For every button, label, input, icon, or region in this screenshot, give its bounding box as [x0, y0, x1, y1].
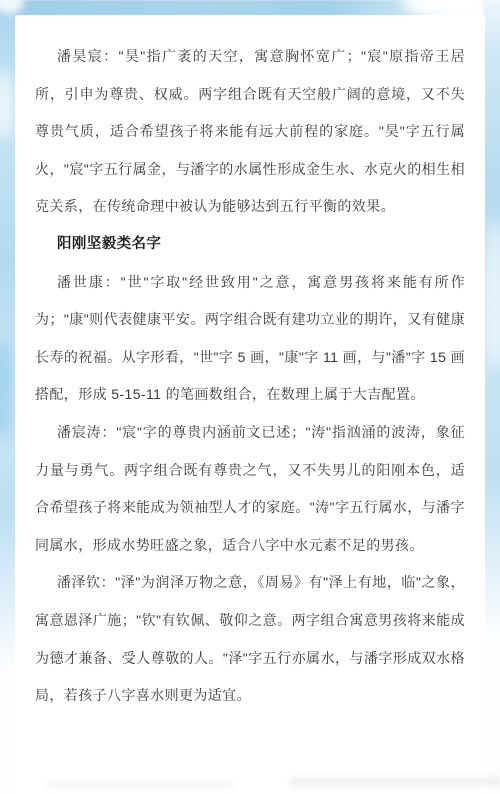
paragraph-pan-shikang: 潘世康："世"字取"经世致用"之意，寓意男孩将来能有所作为；"康"则代表健康平安…	[35, 264, 465, 414]
page-background: 潘昊宸："昊"指广袤的天空，寓意胸怀宽广；"宸"原指帝王居所，引申为尊贵、权威。…	[0, 0, 500, 794]
watercolor-highlight-right	[483, 220, 500, 370]
watercolor-highlight-left	[0, 70, 13, 140]
paragraph-pan-chentao: 潘宸涛："宸"字的尊贵内涵前文已述；"涛"指汹涌的波涛，象征力量与勇气。两字组合…	[35, 414, 465, 564]
paragraph-pan-zeqin: 潘泽钦："泽"为润泽万物之意，《周易》有"泽上有地，临"之象，寓意恩泽广施；"钦…	[35, 564, 465, 714]
watercolor-left-band	[0, 0, 16, 690]
paragraph-pan-haochen: 潘昊宸："昊"指广袤的天空，寓意胸怀宽广；"宸"原指帝王居所，引申为尊贵、权威。…	[35, 38, 465, 226]
watercolor-highlight-top-left	[0, 0, 24, 13]
watercolor-top-band	[0, 0, 470, 16]
watercolor-right-band	[483, 0, 500, 660]
section-heading-yanggang-jianyi: 阳刚坚毅类名字	[35, 226, 465, 264]
watercolor-deep-spot-left	[0, 340, 13, 440]
document-card: 潘昊宸："昊"指广袤的天空，寓意胸怀宽广；"宸"原指帝王居所，引申为尊贵、权威。…	[15, 15, 485, 794]
watercolor-highlight-top-right	[402, 0, 482, 15]
